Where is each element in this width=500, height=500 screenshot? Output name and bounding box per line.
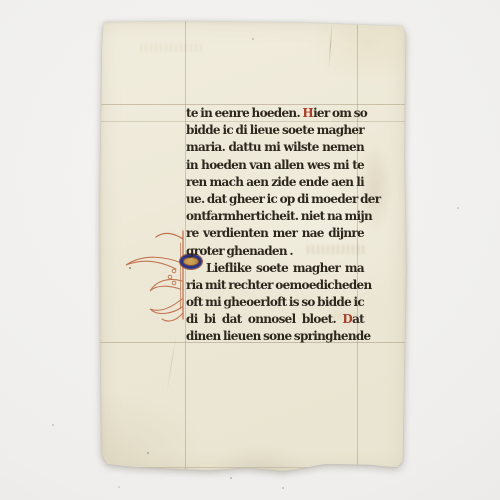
text-segment: ue. dat gheer ic op di moeder der [186, 192, 380, 206]
dust-speck [230, 477, 232, 479]
manuscript-leaf-wrap: te in eenre hoeden. Hier om sobidde ic d… [100, 21, 406, 472]
text-segment: ria mit rechter oemoedicheden [186, 278, 372, 292]
penwork-flourish [116, 227, 186, 323]
text-line-12: oft mi gheoerloft is so bidde ic [186, 294, 364, 311]
text-line-14: dinen lieuen sone springhende [186, 328, 364, 345]
speck [252, 38, 254, 40]
text-segment: Lieflike soete magher ma [206, 261, 364, 275]
rubricated-letter: D [342, 312, 352, 326]
text-segment: in hoeden van allen wes mi te [186, 158, 364, 172]
text-segment: re verdienten mer nae dijnre [186, 226, 364, 240]
text-line-6: ue. dat gheer ic op di moeder der [186, 191, 364, 208]
rubricated-letter: H [302, 106, 313, 120]
text-segment: at [352, 312, 364, 326]
text-line-2: bidde ic di lieue soete magher [186, 122, 364, 139]
text-segment: bidde ic di lieue soete magher [186, 123, 364, 137]
text-line-10: Lieflike soete magher ma [186, 260, 364, 277]
text-line-13: di bi dat onnosel bloet. Dat [186, 311, 364, 328]
text-segment: dinen lieuen sone springhende [186, 329, 370, 343]
text-line-4: in hoeden van allen wes mi te [186, 157, 364, 174]
text-segment: groter ghenaden . [186, 244, 293, 258]
text-line-3: maria. dattu mi wilste nemen [186, 139, 364, 156]
text-segment: oft mi gheoerloft is so bidde ic [186, 295, 364, 309]
dust-speck [52, 424, 54, 426]
crease-bottom [166, 334, 176, 393]
text-segment: maria. dattu mi wilste nemen [186, 140, 364, 154]
text-line-5: ren mach aen zide ende aen li [186, 174, 364, 191]
text-segment: di bi dat onnosel bloet. [186, 312, 342, 326]
dust-speck [118, 486, 120, 488]
ruling-line-horizontal-bottom-2 [100, 467, 406, 468]
text-line-1: te in eenre hoeden. Hier om so [186, 105, 364, 122]
photo-backdrop: te in eenre hoeden. Hier om sobidde ic d… [0, 0, 500, 500]
dust-speck [282, 487, 284, 489]
text-segment: ren mach aen zide ende aen li [186, 175, 364, 189]
text-segment: ier om so [313, 106, 367, 120]
text-segment: te in eenre hoeden. [186, 106, 302, 120]
text-line-8: re verdienten mer nae dijnre [186, 225, 364, 242]
dust-speck [457, 207, 459, 209]
manuscript-leaf: te in eenre hoeden. Hier om sobidde ic d… [100, 21, 406, 472]
text-segment: ontfarmherticheit. niet na mijn [186, 209, 372, 223]
speck [147, 452, 149, 454]
crease-top [328, 22, 332, 68]
text-line-7: ontfarmherticheit. niet na mijn [186, 208, 364, 225]
showthrough-smudge [140, 43, 204, 52]
text-line-9: groter ghenaden . [186, 243, 364, 260]
text-block: te in eenre hoeden. Hier om sobidde ic d… [186, 105, 364, 346]
text-line-11: ria mit rechter oemoedicheden [186, 277, 364, 294]
